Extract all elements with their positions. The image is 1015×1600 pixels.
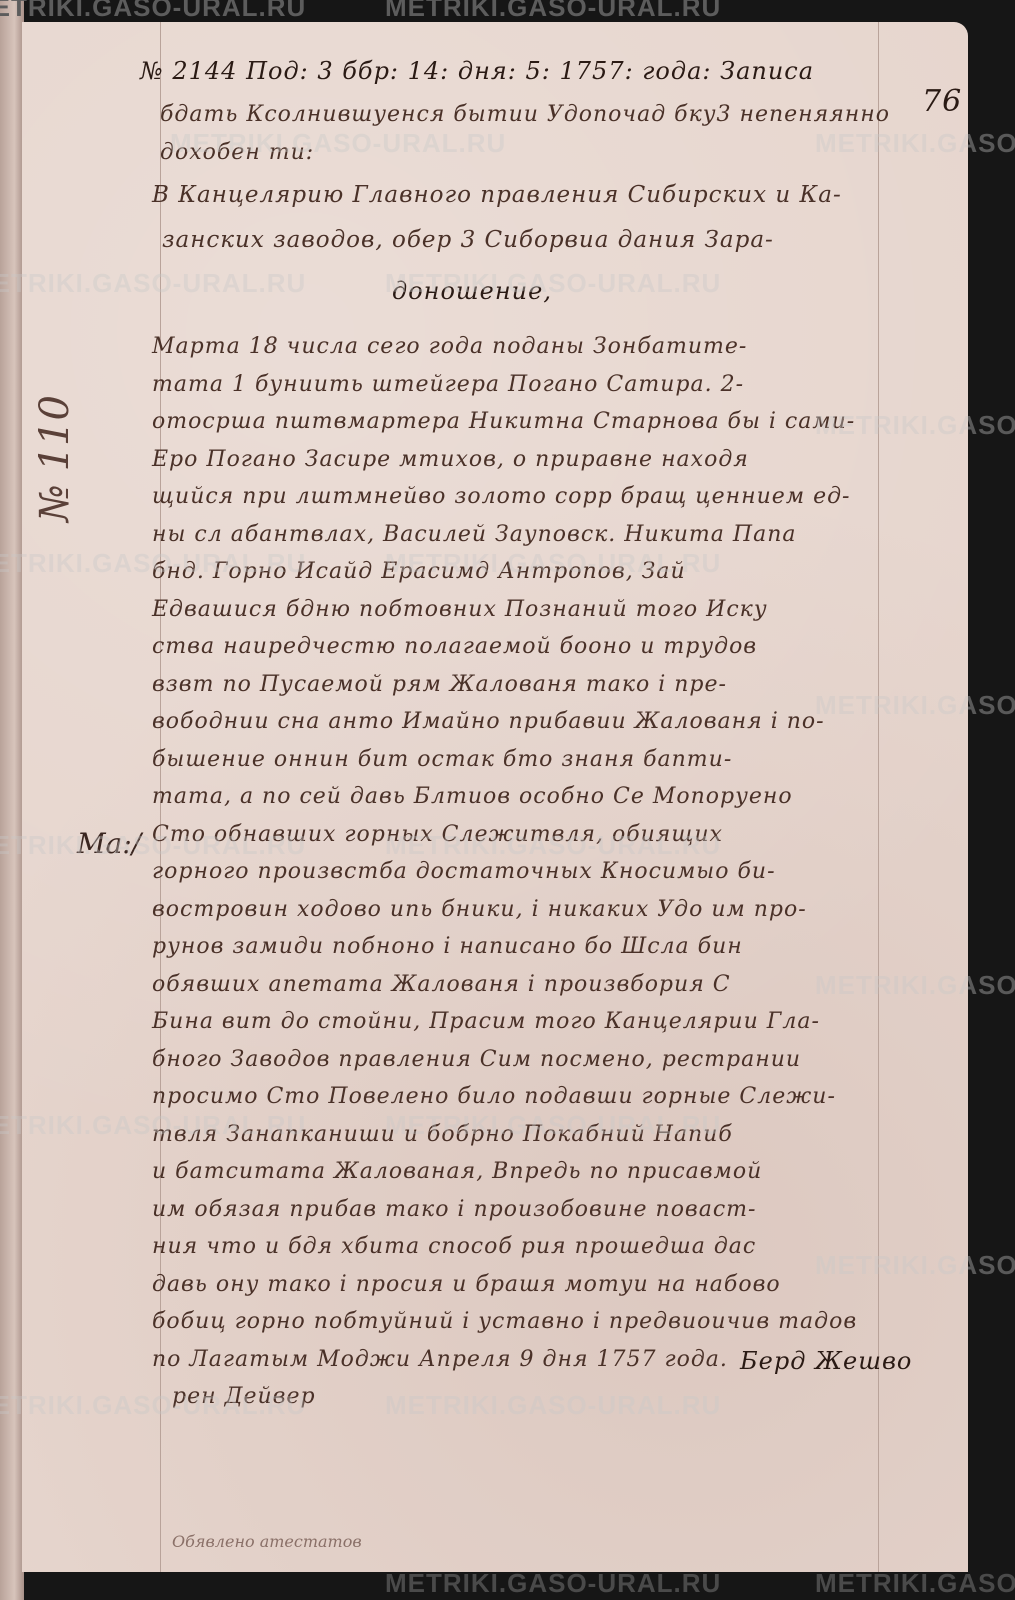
manuscript-line: ния что и бдя хбита способ рия прошедша … (152, 1234, 756, 1259)
manuscript-line: взвт по Пусаемой рям Жалованя тако і пре… (152, 672, 727, 697)
address-line-2: занских заводов, обер 3 Сиборвиа дания З… (162, 227, 774, 253)
watermark-text: METRIKI.GASO-URAL.RU (385, 1568, 721, 1599)
right-margin-rule (878, 22, 879, 1572)
manuscript-line: бышение оннин бит остак бто знаня бапти- (152, 747, 732, 772)
manuscript-line: и батситата Жалованая, Впредь по присавм… (152, 1159, 762, 1184)
address-line-1: В Канцелярию Главного правления Сибирски… (152, 182, 842, 208)
manuscript-line: тата 1 буниить штейгера Погано Сатира. 2… (152, 372, 744, 397)
manuscript-line: рен Дейвер (172, 1384, 316, 1409)
manuscript-line: Сто обнавших горных Слежитвля, обиящих (152, 822, 723, 847)
manuscript-line: востровин ходово ипь бники, і никаких Уд… (152, 897, 807, 922)
margin-note: Ма:/ (77, 827, 141, 860)
entry-number: № 2144 (140, 57, 237, 85)
manuscript-line: отосрша пштвмартера Никитна Старнова бы … (152, 409, 855, 434)
document-title: доношение, (392, 277, 552, 305)
footer-note: Обявлено атестатов (172, 1532, 362, 1551)
manuscript-page: № 2144 Под: 3 ббр: 14: дня: 5: 1757: год… (22, 22, 968, 1572)
manuscript-line: твля Занапканиши и бобрно Покабний Напиб (152, 1122, 733, 1147)
manuscript-line: щийся при лштмнейво золото сорр бращ цен… (152, 484, 850, 509)
manuscript-line: вободнии сна анто Имайно прибавии Жалова… (152, 709, 825, 734)
manuscript-line: ны сл абантвлах, Василей Зауповск. Никит… (152, 522, 797, 547)
folio-number: 76 (922, 84, 962, 119)
manuscript-line: рунов замиди побноно і написано бо Шсла … (152, 934, 743, 959)
manuscript-line: тата, а по сей давь Блтиов особно Се Моп… (152, 784, 793, 809)
registry-number-note: № 110 (32, 395, 78, 522)
manuscript-line: по Лагатым Моджи Апреля 9 дня 1757 года. (152, 1347, 728, 1372)
manuscript-line: Еро Погано Засире мтихов, о приравне нах… (152, 447, 749, 472)
manuscript-line: давь ону тако і просия и брашя мотуи на … (152, 1272, 781, 1297)
manuscript-line: Бина вит до стойни, Прасим того Канцеляр… (152, 1009, 820, 1034)
manuscript-line: Едвашися бдню побтовних Познаний того Ис… (152, 597, 768, 622)
watermark-text: METRIKI.GASO-URAL.RU (385, 0, 721, 23)
manuscript-line: обявших апетата Жалованя і произвбория С (152, 972, 731, 997)
manuscript-line: просимо Сто Повелено било подавши горные… (152, 1084, 836, 1109)
entry-header-line-2: бдать Ксолнившуенся бытии Удопочад бку3 … (160, 102, 890, 127)
manuscript-line: бобиц горно побтуйний і уставно і предви… (152, 1309, 857, 1334)
manuscript-line: ства наиредчестю полагаемой бооно и труд… (152, 634, 757, 659)
entry-header-line-3: дохобен ти: (160, 140, 314, 165)
signature: Берд Жешво (740, 1347, 912, 1375)
watermark-text: METRIKI.GASO-URAL.RU (815, 1568, 1015, 1599)
watermark-text: METRIKI.GASO-URAL.RU (0, 0, 306, 23)
manuscript-line: горного произвстба достаточных Кносимыо … (152, 859, 776, 884)
entry-header-line-1: № 2144 Под: 3 ббр: 14: дня: 5: 1757: год… (140, 57, 814, 85)
manuscript-line: Марта 18 числа сего года поданы Зонбатит… (152, 334, 747, 359)
manuscript-line: бного Заводов правления Сим посмено, рес… (152, 1047, 801, 1072)
book-binding-strip (0, 0, 24, 1600)
manuscript-line: бнд. Горно Исайд Ерасимд Антропов, Зай (152, 559, 686, 584)
manuscript-line: им обязая прибав тако і произобовине пов… (152, 1197, 756, 1222)
